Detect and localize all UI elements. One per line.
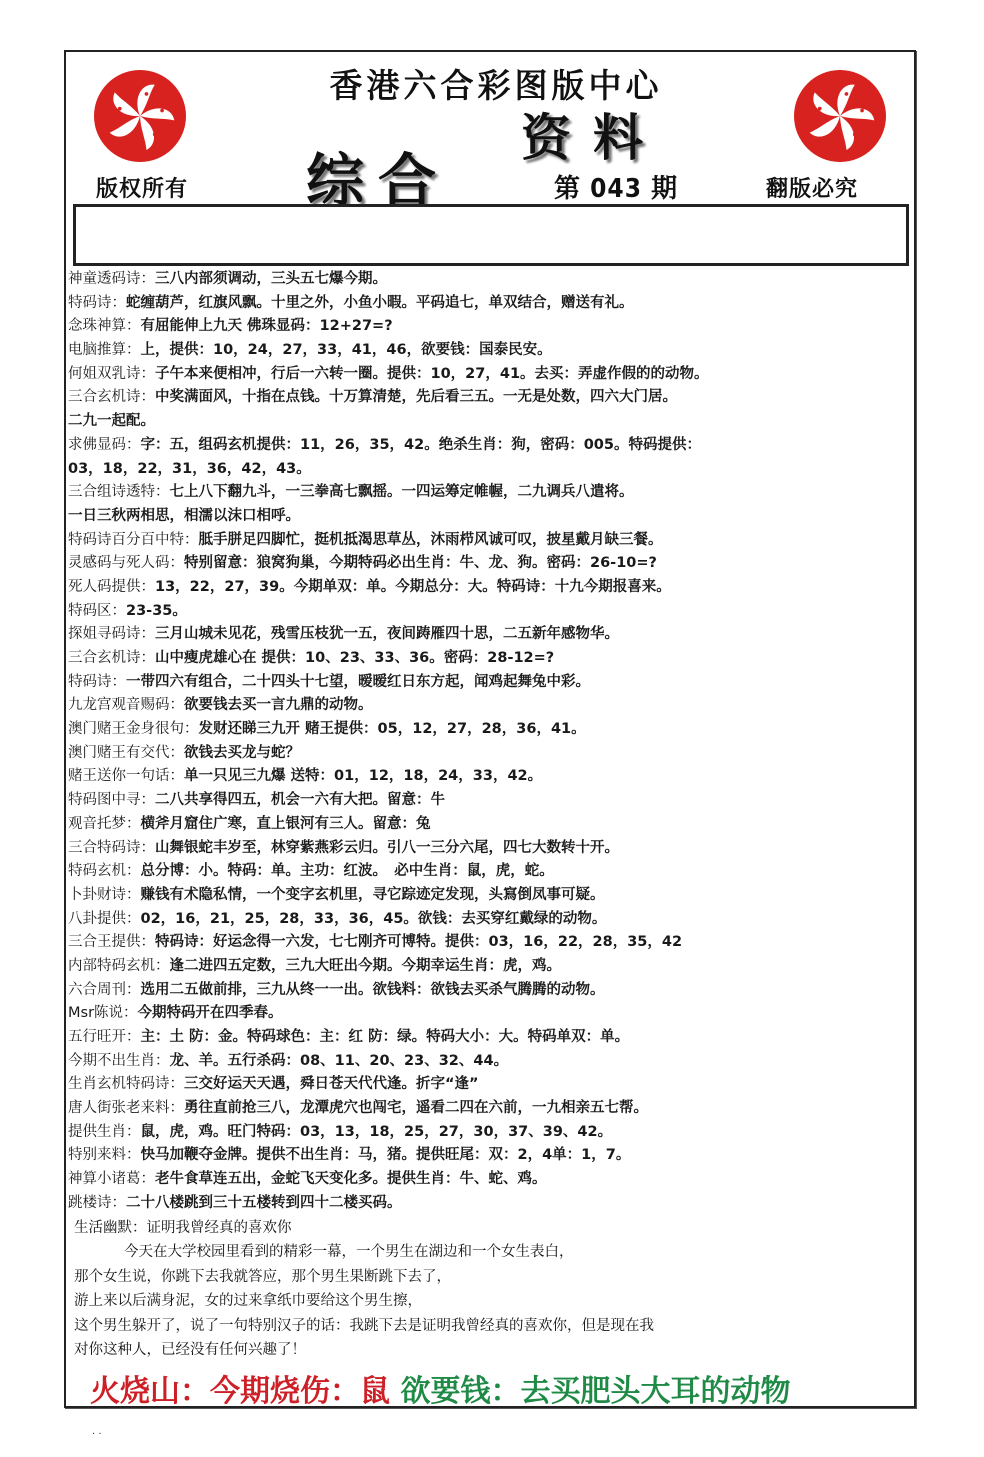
content-line: 唐人街张老来料：勇往直前抢三八，龙潭虎穴也闯宅，遥看二四在六前，一九相亲五七帮。 (68, 1097, 910, 1121)
content-line: 三合王提供：特码诗：好运念得一六发，七七刚齐可博特。提供：03，16，22，28… (68, 931, 910, 955)
line-text: 13，22，27，39。今期单双：单。今期总分：大。特码诗：十九今期报喜来。 (155, 579, 671, 595)
line-text: 一日三秋两相思，相濡以沫口相呼。 (68, 508, 300, 524)
content-line: 九龙宫观音赐码：欲要钱去买一言九鼎的动物。 (68, 694, 910, 718)
line-text: 二八共享得四五，机会一六有大把。留意：牛 (155, 792, 445, 808)
line-label: 特码图中寻： (68, 792, 155, 808)
line-text: 鼠，虎，鸡。旺门特码：03，13，18，25，27，30，37、39、42。 (141, 1124, 613, 1140)
content-line: 跳楼诗：二十八楼跳到三十五楼转到四十二楼买码。 (68, 1192, 910, 1216)
line-text: 选用二五做前排，三九从终一一出。欲钱料：欲钱去买杀气腾腾的动物。 (141, 982, 605, 998)
content-line: 卜卦财诗：赚钱有术隐私情，一个变字玄机里，寻它踪迹定发现，头寫倒凤事可疑。 (68, 884, 910, 908)
content-line: 电脑推算：上，提供：10，24，27，33，41，46，欲要钱：国泰民安。 (68, 339, 910, 363)
line-text: 快马加鞭夺金牌。提供不出生肖：马，猪。提供旺尾：双：2，4单：1，7。 (141, 1147, 631, 1163)
content-line: 观音托梦：横斧月窟住广寒，直上银河有三人。留意：兔 (68, 813, 910, 837)
content-line: 特码图中寻：二八共享得四五，机会一六有大把。留意：牛 (68, 789, 910, 813)
bottom-banner: 火烧山：今期烧伤：鼠 欲要钱：去买肥头大耳的动物 (90, 1366, 790, 1410)
line-label: 念珠神算： (68, 318, 141, 334)
line-text: 03，18，22，31，36，42，43。 (68, 461, 311, 477)
line-text: 二九一起配。 (68, 413, 155, 429)
content-line: 灵感码与死人码：特别留意：狼窝狗巢，今期特码必出生肖：牛、龙、狗。密码：26-1… (68, 552, 910, 576)
line-label: 何姐双乳诗： (68, 366, 155, 382)
line-text: 三月山城未见花，残雪压枝犹一五，夜间踌雁四十思，二五新年感物华。 (155, 626, 619, 642)
copyright-right: 翻版必究 (766, 172, 858, 203)
line-text: 勇往直前抢三八，龙潭虎穴也闯宅，遥看二四在六前，一九相亲五七帮。 (184, 1100, 648, 1116)
content-line: 赌王送你一句话：单一只见三九爆 送特：01，12，18，24，33，42。 (68, 765, 910, 789)
content-line: 三合组诗透特：七上八下翻九斗，一三拳高七飘摇。一四运筹定帷幄，二九调兵八遣将。 (68, 481, 910, 505)
line-text: 欲钱去买龙与蛇？ (184, 745, 300, 761)
line-label: 电脑推算： (68, 342, 141, 358)
content-line: 特码区：23-35。 (68, 600, 910, 624)
line-text: 蛇缠葫芦，红旗风飘。十里之外，小鱼小暇。平码追七，单双结合，赠送有礼。 (126, 295, 634, 311)
line-label: 澳门赌王有交代： (68, 745, 184, 761)
line-label: 特码诗百分百中特： (68, 532, 199, 548)
line-label: 三合玄机诗： (68, 389, 155, 405)
line-label: 三合组诗透特： (68, 484, 170, 500)
line-text: 胝手胼足四脚忙，挺机抵渴思草丛，沐雨栉风诚可叹，披星戴月缺三餐。 (199, 532, 663, 548)
line-text: 山中瘦虎雄心在 提供：10、23、33、36。密码：28-12=? (155, 650, 554, 666)
content-line: 三合特码诗：山舞银蛇丰岁至，林穿紫燕彩云归。引八一三分六尾，四七大数转十开。 (68, 837, 910, 861)
line-text: 23-35。 (126, 603, 187, 619)
blank-box (73, 204, 909, 266)
humor-paragraph: 那个女生说，你跳下去我就答应，那个男生果断跳下去了， (74, 1265, 910, 1290)
line-label: 观音托梦： (68, 816, 141, 832)
content-line: 三合玄机诗：山中瘦虎雄心在 提供：10、23、33、36。密码：28-12=? (68, 647, 910, 671)
content-line: 生肖玄机特码诗：三交好运天天遇，舜日苍天代代逢。折字“逢” (68, 1073, 910, 1097)
content-line: 澳门赌王有交代：欲钱去买龙与蛇？ (68, 742, 910, 766)
line-label: 五行旺开： (68, 1029, 141, 1045)
line-label: 唐人街张老来料： (68, 1100, 184, 1116)
line-text: 龙、羊。五行杀码：08、11、20、23、32、44。 (170, 1053, 509, 1069)
line-label: 澳门赌王金身很句： (68, 721, 199, 737)
line-text: 一带四六有组合，二十四头十七望，暧暧红日东方起，闻鸡起舞兔中彩。 (126, 674, 590, 690)
line-label: 特别来料： (68, 1147, 141, 1163)
line-label: 卜卦财诗： (68, 887, 141, 903)
line-label: 生肖玄机特码诗： (68, 1076, 184, 1092)
line-label: 三合王提供： (68, 934, 155, 950)
line-text: 字：五，组码玄机提供：11，26，35，42。绝杀生肖：狗，密码：005。特码提… (141, 437, 701, 453)
line-label: 探姐寻码诗： (68, 626, 155, 642)
line-text: 三交好运天天遇，舜日苍天代代逢。折字“逢” (184, 1076, 479, 1092)
bauhinia-flower-icon (94, 70, 186, 162)
line-text: 上，提供：10，24，27，33，41，46，欲要钱：国泰民安。 (141, 342, 552, 358)
content-line: 特码诗：蛇缠葫芦，红旗风飘。十里之外，小鱼小暇。平码追七，单双结合，赠送有礼。 (68, 292, 910, 316)
content-line: 澳门赌王金身很句：发财还睇三九开 赌王提供：05，12，27，28，36，41。 (68, 718, 910, 742)
humor-paragraph: 游上来以后满身泥，女的过来拿纸巾要给这个男生擦， (74, 1289, 910, 1314)
humor-title: 生活幽默：证明我曾经真的喜欢你 (74, 1216, 910, 1241)
line-label: 九龙宫观音赐码： (68, 697, 184, 713)
content-line: 神算小诸葛：老牛食草连五出，金蛇飞天变化多。提供生肖：牛、蛇、鸡。 (68, 1168, 910, 1192)
line-text: 子午本来便相冲，行后一六转一圈。提供：10，27，41。去买：弄虚作假的的动物。 (155, 366, 709, 382)
line-label: 跳楼诗： (68, 1195, 126, 1211)
content-line: 八卦提供：02，16，21，25，28，33，36，45。欲钱：去买穿红戴绿的动… (68, 908, 910, 932)
line-label: 内部特码玄机： (68, 958, 170, 974)
humor-paragraph: 今天在大学校园里看到的精彩一幕，一个男生在湖边和一个女生表白， (74, 1240, 910, 1265)
line-text: 七上八下翻九斗，一三拳高七飘摇。一四运筹定帷幄，二九调兵八遣将。 (170, 484, 634, 500)
banner-red-text: 火烧山：今期烧伤：鼠 (90, 1374, 390, 1409)
content-line: 二九一起配。 (68, 410, 910, 434)
content-line: 03，18，22，31，36，42，43。 (68, 458, 910, 482)
content-line: 一日三秋两相思，相濡以沫口相呼。 (68, 505, 910, 529)
document-frame: 香港六合彩图版中心 资料 综合 第 043 期 版权所有 翻版必究 神童透码诗：… (64, 50, 916, 1408)
content-line: 五行旺开：主：土 防：金。特码球色：主：红 防：绿。特码大小：大。特码单双：单。 (68, 1026, 910, 1050)
content-line: 神童透码诗：三八内部须调动，三头五七爆今期。 (68, 268, 910, 292)
humor-paragraph: 这个男生躲开了，说了一句特别汉子的话：我跳下去是证明我曾经真的喜欢你，但是现在我 (74, 1314, 910, 1339)
copyright-left: 版权所有 (96, 172, 188, 203)
line-label: 今期不出生肖： (68, 1053, 170, 1069)
line-text: 中奖满面风，十指在点钱。十万算清楚，先后看三五。一无是处数，四六大门居。 (155, 389, 677, 405)
content-line: 探姐寻码诗：三月山城未见花，残雪压枝犹一五，夜间踌雁四十思，二五新年感物华。 (68, 623, 910, 647)
banner-green-text: 欲要钱：去买肥头大耳的动物 (390, 1374, 790, 1409)
line-label: 三合特码诗： (68, 840, 155, 856)
line-text: 老牛食草连五出，金蛇飞天变化多。提供生肖：牛、蛇、鸡。 (155, 1171, 547, 1187)
content-line: 今期不出生肖：龙、羊。五行杀码：08、11、20、23、32、44。 (68, 1050, 910, 1074)
content-line: 特码诗百分百中特：胝手胼足四脚忙，挺机抵渴思草丛，沐雨栉风诚可叹，披星戴月缺三餐… (68, 529, 910, 553)
content-line: 内部特码玄机：逢二进四五定数，三九大旺出今期。今期幸运生肖：虎，鸡。 (68, 955, 910, 979)
line-label: 特码诗： (68, 295, 126, 311)
line-text: 欲要钱去买一言九鼎的动物。 (184, 697, 373, 713)
content-line: 三合玄机诗：中奖满面风，十指在点钱。十万算清楚，先后看三五。一无是处数，四六大门… (68, 386, 910, 410)
line-text: 单一只见三九爆 送特：01，12，18，24，33，42。 (184, 768, 542, 784)
content-line: 求佛显码：字：五，组码玄机提供：11，26，35，42。绝杀生肖：狗，密码：00… (68, 434, 910, 458)
line-label: Msr陈说： (68, 1005, 138, 1021)
line-text: 山舞银蛇丰岁至，林穿紫燕彩云归。引八一三分六尾，四七大数转十开。 (155, 840, 619, 856)
line-text: 三八内部须调动，三头五七爆今期。 (155, 271, 387, 287)
line-text: 特别留意：狼窝狗巢，今期特码必出生肖：牛、龙、狗。密码：26-10=? (184, 555, 657, 571)
content-line: 何姐双乳诗：子午本来便相冲，行后一六转一圈。提供：10，27，41。去买：弄虚作… (68, 363, 910, 387)
line-text: 横斧月窟住广寒，直上银河有三人。留意：兔 (141, 816, 431, 832)
footer-mark: . . (92, 1426, 102, 1437)
humor-story: 生活幽默：证明我曾经真的喜欢你今天在大学校园里看到的精彩一幕，一个男生在湖边和一… (68, 1216, 910, 1363)
line-text: 总分博：小。特码：单。主功：红波。 必中生肖：鼠，虎，蛇。 (141, 863, 554, 879)
line-label: 六合周刊： (68, 982, 141, 998)
content-line: 提供生肖：鼠，虎，鸡。旺门特码：03，13，18，25，27，30，37、39、… (68, 1121, 910, 1145)
line-label: 死人码提供： (68, 579, 155, 595)
header: 香港六合彩图版中心 资料 综合 第 043 期 版权所有 翻版必究 (66, 52, 914, 202)
line-text: 发财还睇三九开 赌王提供：05，12，27，28，36，41。 (199, 721, 586, 737)
line-label: 神童透码诗： (68, 271, 155, 287)
line-label: 特码玄机： (68, 863, 141, 879)
line-text: 赚钱有术隐私情，一个变字玄机里，寻它踪迹定发现，头寫倒凤事可疑。 (141, 887, 605, 903)
content-lines: 神童透码诗：三八内部须调动，三头五七爆今期。特码诗：蛇缠葫芦，红旗风飘。十里之外… (68, 268, 910, 1363)
line-text: 特码诗：好运念得一六发，七七刚齐可博特。提供：03，16，22，28，35，42 (155, 934, 682, 950)
line-label: 提供生肖： (68, 1124, 141, 1140)
line-label: 特码区： (68, 603, 126, 619)
line-label: 三合玄机诗： (68, 650, 155, 666)
line-text: 二十八楼跳到三十五楼转到四十二楼买码。 (126, 1195, 402, 1211)
line-text: 逢二进四五定数，三九大旺出今期。今期幸运生肖：虎，鸡。 (170, 958, 562, 974)
line-label: 灵感码与死人码： (68, 555, 184, 571)
line-label: 八卦提供： (68, 911, 141, 927)
content-line: 六合周刊：选用二五做前排，三九从终一一出。欲钱料：欲钱去买杀气腾腾的动物。 (68, 979, 910, 1003)
content-line: 特码玄机：总分博：小。特码：单。主功：红波。 必中生肖：鼠，虎，蛇。 (68, 860, 910, 884)
line-label: 神算小诸葛： (68, 1171, 155, 1187)
bauhinia-flower-icon (794, 70, 886, 162)
issue-number: 第 043 期 (554, 168, 678, 205)
content-line: 特别来料：快马加鞭夺金牌。提供不出生肖：马，猪。提供旺尾：双：2，4单：1，7。 (68, 1144, 910, 1168)
line-text: 今期特码开在四季春。 (138, 1005, 283, 1021)
line-text: 02，16，21，25，28，33，36，45。欲钱：去买穿红戴绿的动物。 (141, 911, 607, 927)
line-label: 特码诗： (68, 674, 126, 690)
humor-paragraph: 对你这种人，已经没有任何兴趣了！ (74, 1338, 910, 1363)
content-line: Msr陈说：今期特码开在四季春。 (68, 1002, 910, 1026)
line-text: 主：土 防：金。特码球色：主：红 防：绿。特码大小：大。特码单双：单。 (141, 1029, 630, 1045)
subtitle-right: 资料 (521, 98, 665, 170)
line-label: 求佛显码： (68, 437, 141, 453)
content-line: 念珠神算：有屈能伸上九天 佛珠显码：12+27=? (68, 315, 910, 339)
line-text: 有屈能伸上九天 佛珠显码：12+27=? (141, 318, 393, 334)
line-label: 赌王送你一句话： (68, 768, 184, 784)
content-line: 死人码提供：13，22，27，39。今期单双：单。今期总分：大。特码诗：十九今期… (68, 576, 910, 600)
content-line: 特码诗：一带四六有组合，二十四头十七望，暧暧红日东方起，闻鸡起舞兔中彩。 (68, 671, 910, 695)
